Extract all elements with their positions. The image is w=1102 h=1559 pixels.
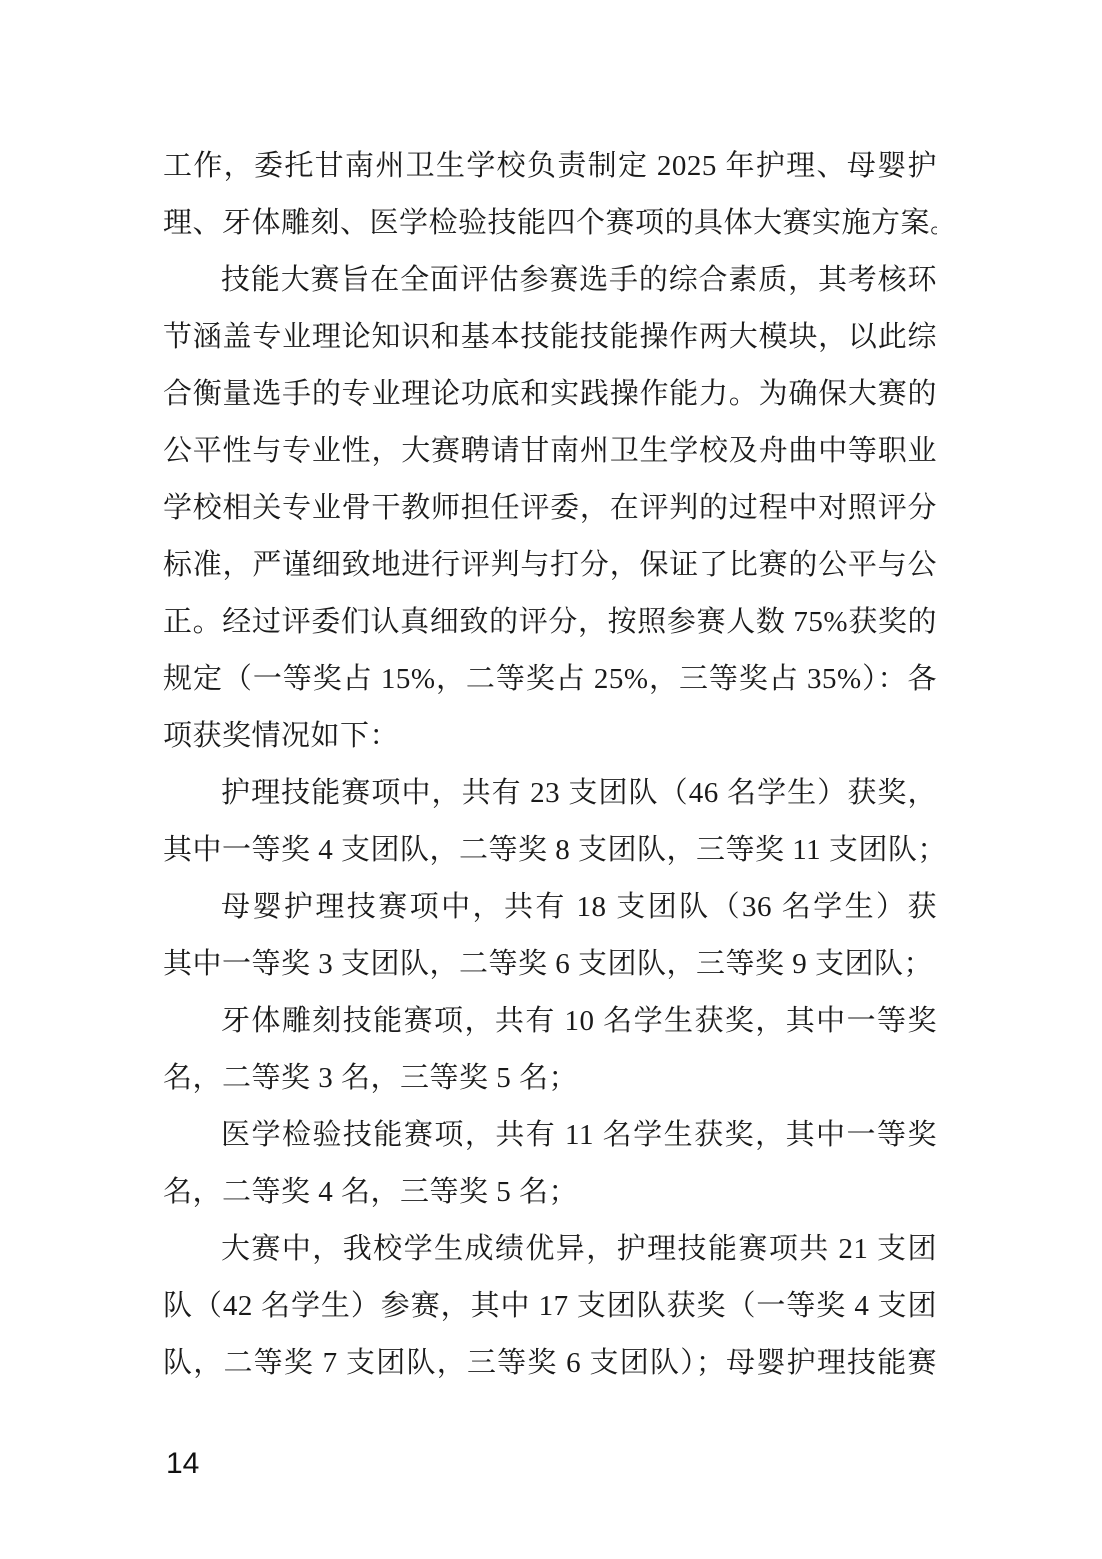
text-line: 名，二等奖 3 名，三等奖 5 名；: [163, 1050, 937, 1107]
text-line: 队（42 名学生）参赛，其中 17 支团队获奖（一等奖 4 支团: [163, 1278, 937, 1335]
text-line: 项获奖情况如下：: [163, 708, 937, 765]
page-number: 14: [166, 1446, 199, 1482]
text-line: 其中一等奖 3 支团队，二等奖 6 支团队，三等奖 9 支团队；: [163, 936, 937, 993]
text-line: 标准，严谨细致地进行评判与打分，保证了比赛的公平与公: [163, 537, 937, 594]
text-line: 医学检验技能赛项，共有 11 名学生获奖，其中一等奖 2: [163, 1107, 937, 1164]
document-page: 工作，委托甘南州卫生学校负责制定 2025 年护理、母婴护理、牙体雕刻、医学检验…: [0, 0, 1102, 1559]
text-line: 合衡量选手的专业理论功底和实践操作能力。为确保大赛的: [163, 366, 937, 423]
text-line: 大赛中，我校学生成绩优异，护理技能赛项共 21 支团: [163, 1221, 937, 1278]
text-line: 工作，委托甘南州卫生学校负责制定 2025 年护理、母婴护: [163, 138, 937, 195]
text-line: 正。经过评委们认真细致的评分，按照参赛人数 75%获奖的: [163, 594, 937, 651]
text-line: 队，二等奖 7 支团队，三等奖 6 支团队）；母婴护理技能赛: [163, 1335, 937, 1392]
text-line: 其中一等奖 4 支团队，二等奖 8 支团队，三等奖 11 支团队；: [163, 822, 937, 879]
text-line: 名，二等奖 4 名，三等奖 5 名；: [163, 1164, 937, 1221]
text-body: 工作，委托甘南州卫生学校负责制定 2025 年护理、母婴护理、牙体雕刻、医学检验…: [163, 138, 937, 1392]
text-line: 牙体雕刻技能赛项，共有 10 名学生获奖，其中一等奖 2: [163, 993, 937, 1050]
text-line: 理、牙体雕刻、医学检验技能四个赛项的具体大赛实施方案。: [163, 195, 937, 252]
text-line: 规定（一等奖占 15%，二等奖占 25%，三等奖占 35%）：各赛: [163, 651, 937, 708]
text-line: 学校相关专业骨干教师担任评委，在评判的过程中对照评分: [163, 480, 937, 537]
text-line: 技能大赛旨在全面评估参赛选手的综合素质，其考核环: [163, 252, 937, 309]
text-line: 母婴护理技赛项中，共有 18 支团队（36 名学生）获奖，: [163, 879, 937, 936]
text-line: 公平性与专业性，大赛聘请甘南州卫生学校及舟曲中等职业: [163, 423, 937, 480]
text-line: 护理技能赛项中，共有 23 支团队（46 名学生）获奖，: [163, 765, 937, 822]
text-line: 节涵盖专业理论知识和基本技能技能操作两大模块，以此综: [163, 309, 937, 366]
